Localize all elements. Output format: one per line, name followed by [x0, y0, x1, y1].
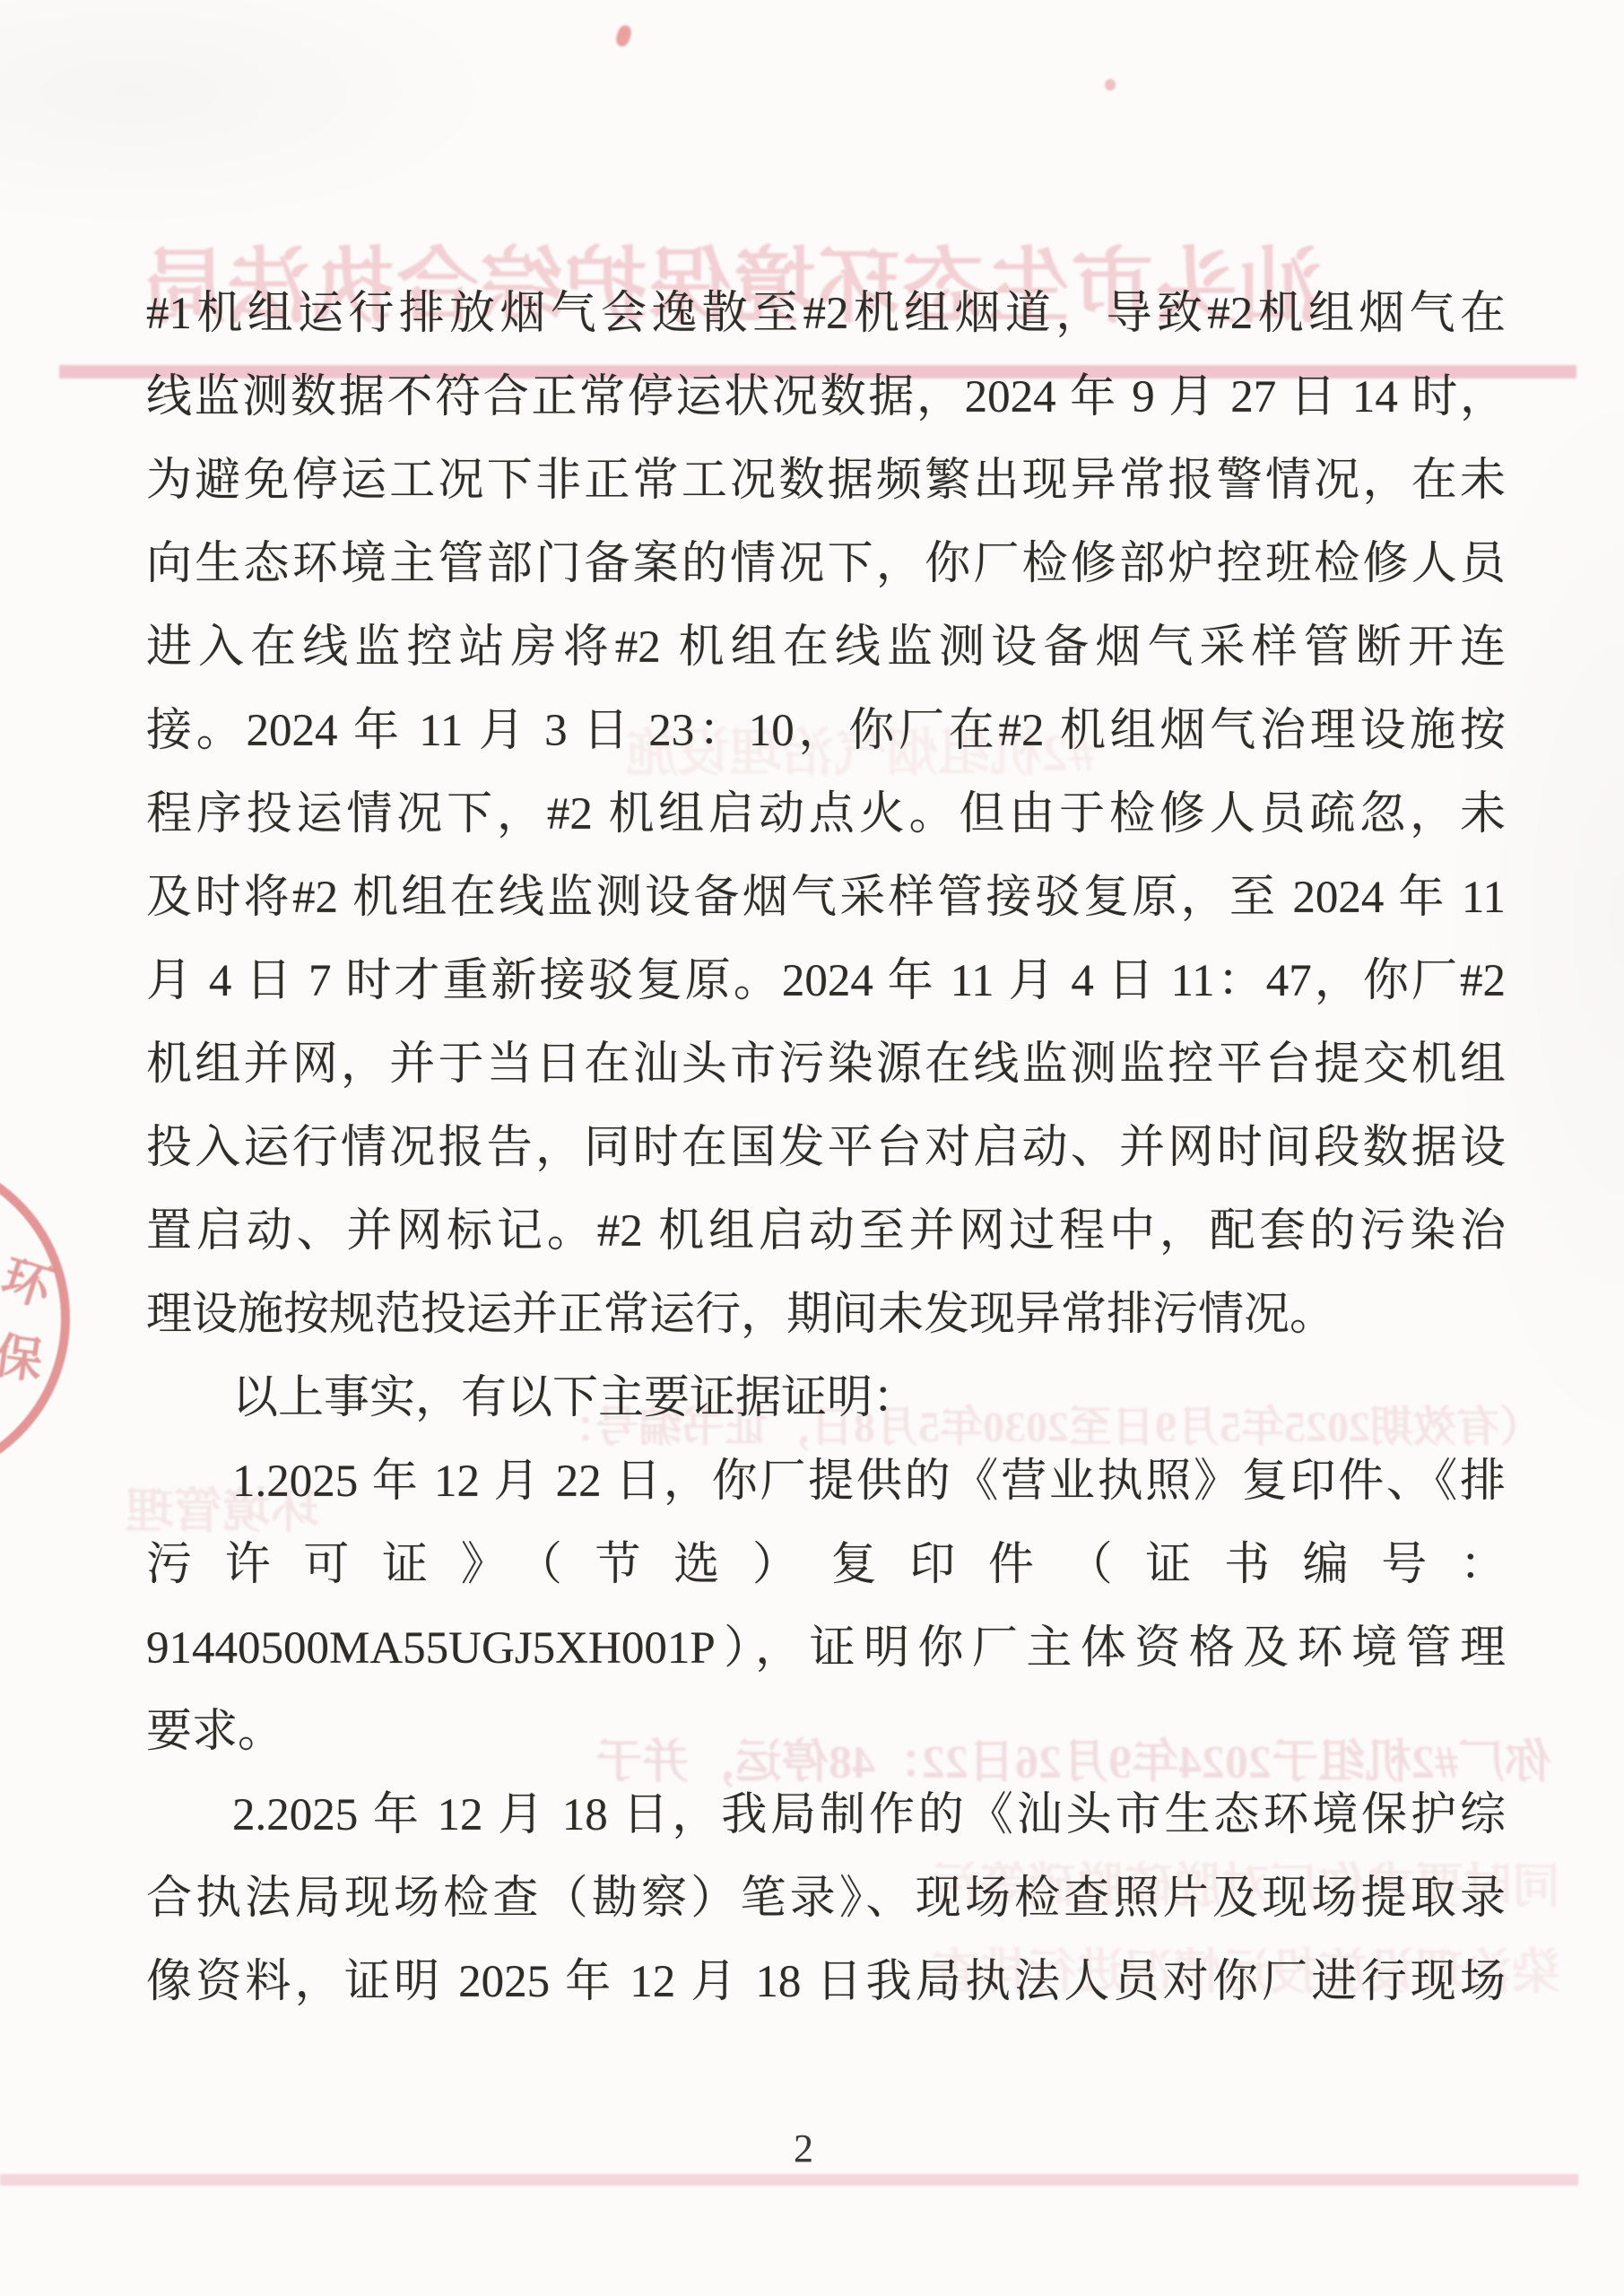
body-line: 合执法局现场检查（勘察）笔录》、现场检查照片及现场提取录 [146, 1857, 1506, 1941]
official-seal-arc [0, 1152, 70, 1484]
document-body: #1机组运行排放烟气会逸散至#2机组烟道，导致#2机组烟气在 线监测数据不符合正… [146, 273, 1506, 2024]
body-line: 2.2025 年 12 月 18 日，我局制作的《汕头市生态环境保护综 [146, 1774, 1506, 1857]
body-line: 像资料，证明 2025 年 12 月 18 日我局执法人员对你厂进行现场 [146, 1941, 1506, 2024]
body-line: 进入在线监控站房将#2 机组在线监测设备烟气采样管断开连 [146, 606, 1506, 690]
body-line: 程序投运情况下，#2 机组启动点火。但由于检修人员疏忽，未 [146, 773, 1506, 857]
body-line: 以上事实，有以下主要证据证明： [146, 1357, 1506, 1440]
body-line: #1机组运行排放烟气会逸散至#2机组烟道，导致#2机组烟气在 [146, 273, 1506, 356]
body-line: 接。2024 年 11 月 3 日 23：10，你厂在#2 机组烟气治理设施按 [146, 690, 1506, 773]
body-line: 污许可证》（节选）复印件（证书编号： [146, 1524, 1506, 1607]
red-ink-speck [614, 23, 634, 48]
scanned-document-page: 汕头市生态环境保护综合执法局 你厂#2机组于2024年9月26日22：48停运，… [0, 0, 1624, 2296]
official-seal-character: 保 [0, 1318, 48, 1393]
body-line: 要求。 [146, 1691, 1506, 1774]
body-line: 机组并网，并于当日在汕头市污染源在线监测监控平台提交机组 [146, 1023, 1506, 1107]
body-line: 投入运行情况报告，同时在国发平台对启动、并网时间段数据设 [146, 1107, 1506, 1190]
body-line: 及时将#2 机组在线监测设备烟气采样管接驳复原，至 2024 年 11 [146, 857, 1506, 940]
body-line: 置启动、并网标记。#2 机组启动至并网过程中，配套的污染治 [146, 1190, 1506, 1274]
body-line: 月 4 日 7 时才重新接驳复原。2024 年 11 月 4 日 11：47，你… [146, 940, 1506, 1023]
body-line: 91440500MA55UGJ5XH001P），证明你厂主体资格及环境管理 [146, 1607, 1506, 1691]
official-seal-character: 环 [0, 1239, 62, 1320]
body-line: 理设施按规范投运并正常运行，期间未发现异常排污情况。 [146, 1274, 1506, 1357]
page-number: 2 [750, 2126, 857, 2171]
body-line: 向生态环境主管部门备案的情况下，你厂检修部炉控班检修人员 [146, 523, 1506, 606]
red-ink-speck [1105, 79, 1116, 91]
body-line: 1.2025 年 12 月 22 日，你厂提供的《营业执照》复印件、《排 [146, 1440, 1506, 1524]
bleedthrough-footer-rule [0, 2174, 1578, 2186]
body-line: 线监测数据不符合正常停运状况数据，2024 年 9 月 27 日 14 时， [146, 356, 1506, 439]
body-line: 为避免停运工况下非正常工况数据频繁出现异常报警情况，在未 [146, 439, 1506, 523]
